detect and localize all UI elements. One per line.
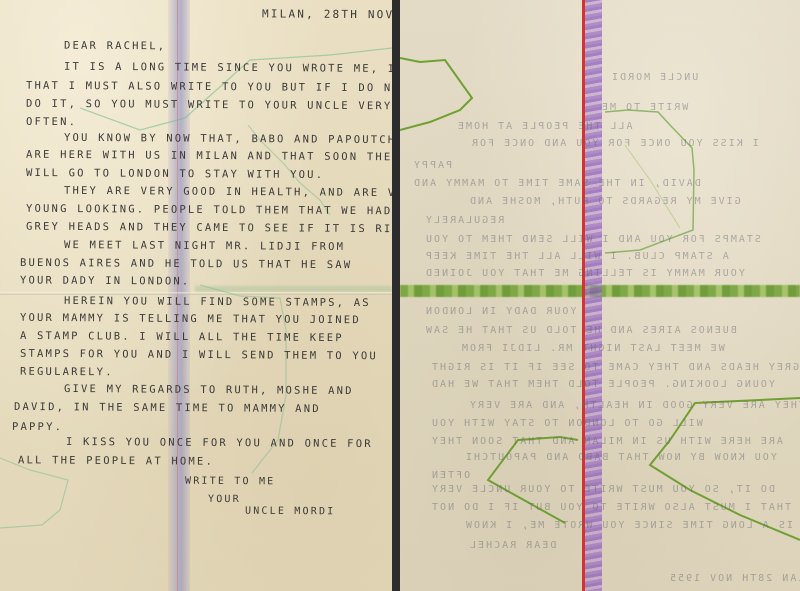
bleed-through-text: Milan 28th Nov 1955 (668, 573, 800, 584)
bleed-through-text: are here with us in Milan and that soon … (430, 436, 783, 447)
letter-line: do it, so you must write to your uncle v… (26, 98, 392, 113)
letter-date: Milan, 28th Nov, 1955 (262, 7, 392, 21)
signature-name: uncle Mordi (245, 506, 336, 518)
bleed-through-text: You know by now that Babo and Papoutchi (464, 452, 777, 463)
letter-front-page: Milan, 28th Nov, 1955 Dear Rachel, It is… (0, 0, 392, 591)
bleed-through-text: uncle Mordi (610, 72, 698, 83)
bleed-through-text: I kiss you once for you and once for (470, 138, 759, 149)
bleed-through-text: David, in the same time to mammy and (412, 178, 701, 189)
bleed-through-text: stamps for you and I will send them to y… (424, 234, 761, 245)
signature-your: Your (208, 494, 241, 505)
bleed-through-text: They are very good in health, and are ve… (468, 400, 800, 411)
letter-back-page: uncle Mordi Write to me all the people a… (400, 0, 800, 591)
bleed-through-text: We meet last night Mr. Lidji from (460, 343, 725, 354)
bleed-through-text: It is a long time since you wrote me, I … (464, 520, 800, 531)
letter-line: Buenos Aires and he told us that he saw (20, 257, 352, 271)
bleed-through-text: will go to London to stay with you (430, 418, 703, 429)
bleed-through-text: Buenos Aires and he told us that he saw (424, 325, 737, 336)
bleed-through-text: your mammy is telling me that you joined (424, 268, 745, 279)
letter-line: I kiss you once for you and once for (66, 436, 373, 450)
bleed-through-text: that I must also write to you but if I d… (430, 502, 791, 513)
letter-line: They are very good in health, and are ve… (64, 185, 392, 199)
letter-line: stamps for you and I will send them to y… (20, 348, 378, 362)
letter-line: often. (26, 116, 77, 128)
letter-line: Herein you will find some stamps, as (64, 295, 371, 309)
letter-line: regularely. (20, 366, 114, 379)
letter-line: young looking. People told them that we … (26, 203, 392, 218)
letter-line: Give my regards to Ruth, Moshe and (64, 383, 354, 397)
bleed-through-text: young looking. People told them that we … (430, 379, 775, 390)
letter-line: pappy. (12, 421, 63, 433)
letter-line: your Dady in London. (20, 274, 191, 287)
bleed-through-text: Write to me (600, 102, 688, 113)
letter-line: a stamp club. I will all the time keep (20, 330, 344, 344)
bleed-through-text: Dear Rachel (468, 540, 556, 551)
bleed-through-text: all the people at home (456, 121, 632, 132)
letter-salutation: Dear Rachel, (64, 40, 166, 53)
page-divider (392, 0, 400, 591)
bleed-through-text: Give my regards to Ruth, Moshe and (468, 196, 741, 207)
letter-closing: Write to me (185, 476, 276, 488)
bleed-through-text: pappy (412, 160, 452, 171)
bleed-through-text: often (430, 470, 470, 481)
bleed-through-text: grey heads and they came to see if it is… (430, 362, 799, 373)
bleed-through-text: do it, so you must write to your uncle v… (430, 484, 775, 495)
letter-line: your mammy is telling me that you joined (20, 312, 361, 326)
bleed-through-text: a stamp club. I will all the time keep (424, 251, 729, 262)
letter-line: will go to London to stay with you. (26, 167, 324, 181)
letter-line: all the people at home. (18, 454, 214, 467)
letter-line: We meet last night Mr. Lidji from (64, 239, 345, 253)
bleed-through-text: regularely (424, 215, 504, 226)
letter-line: David, in the same time to mammy and (14, 401, 321, 415)
bleed-through-text: your Dady in London (424, 306, 576, 317)
letter-line: You know by now that, Babo and Papoutchi (64, 132, 392, 146)
